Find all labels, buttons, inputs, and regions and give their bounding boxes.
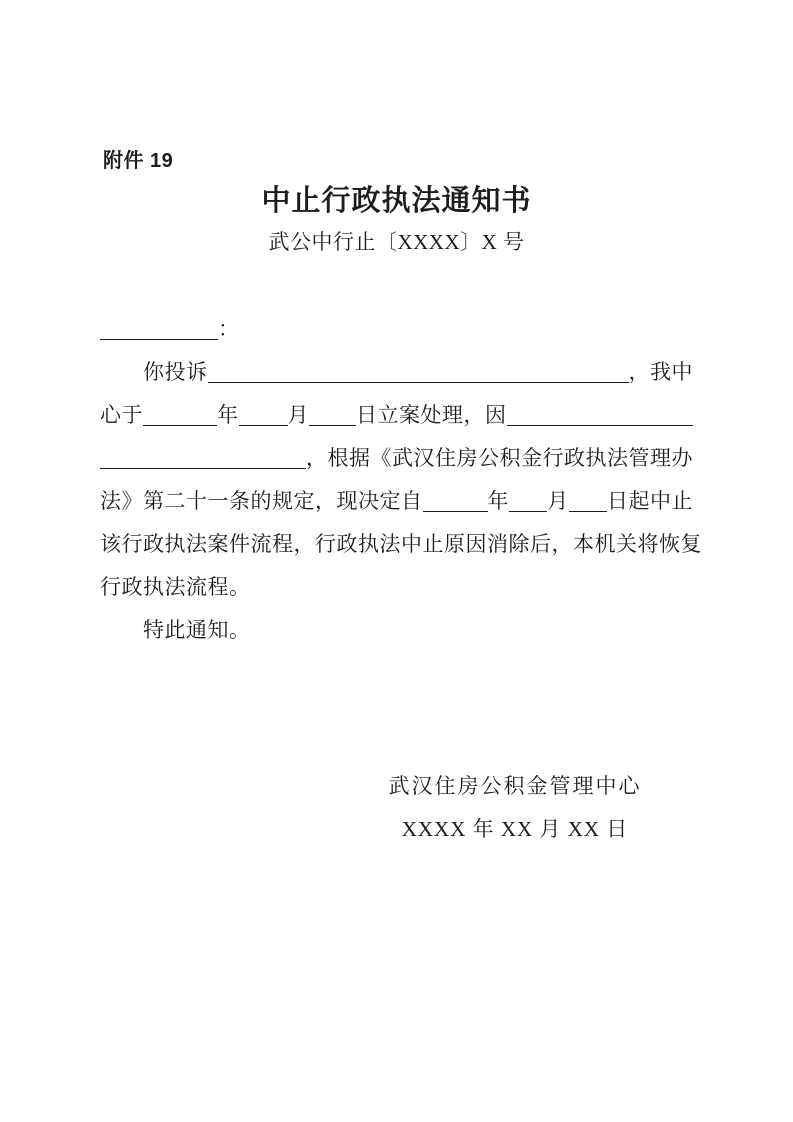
continuation-end-text: 行政执法流程。 <box>100 571 251 601</box>
complaint-post-text: ，我中 <box>629 356 694 386</box>
decision-pre-text: 法》第二十一条的规定，现决定自 <box>100 485 423 515</box>
salutation-line: ： <box>100 300 693 343</box>
closing-line: 特此通知。 <box>100 601 693 644</box>
salutation-colon: ： <box>218 313 240 343</box>
decision-post-text: 日起中止 <box>607 485 693 515</box>
continuation-end-line: 行政执法流程。 <box>100 558 693 601</box>
addressee-blank-line <box>100 339 218 340</box>
signature-block: 武汉住房公积金管理中心 XXXX 年 XX 月 XX 日 <box>337 765 693 851</box>
document-body: ： 你投诉 ，我中 心于 年 月 日立案处理，因 ，根据《武汉住房公积金行政执法… <box>100 300 693 644</box>
decision-date-line: 法》第二十一条的规定，现决定自 年 月 日起中止 <box>100 472 693 515</box>
decision-day-blank-line <box>569 511 607 512</box>
filing-year-label: 年 <box>217 399 239 429</box>
reason-post-text: ，根据《武汉住房公积金行政执法管理办 <box>306 442 693 472</box>
continuation-text: 该行政执法案件流程，行政执法中止原因消除后，本机关将恢复 <box>100 528 702 558</box>
filing-month-blank-line <box>239 425 288 426</box>
decision-month-label: 月 <box>547 485 569 515</box>
document-page: 附件 19 中止行政执法通知书 武公中行止〔XXXX〕X 号 ： 你投诉 ，我中… <box>0 0 793 1122</box>
closing-text: 特此通知。 <box>143 614 251 644</box>
complaint-pre-text: 你投诉 <box>143 356 208 386</box>
filing-day-blank-line <box>309 425 356 426</box>
reason-line: ，根据《武汉住房公积金行政执法管理办 <box>100 429 693 472</box>
decision-month-blank-line <box>509 511 547 512</box>
signature-date: XXXX 年 XX 月 XX 日 <box>337 808 693 851</box>
complaint-subject-blank-line <box>208 382 629 383</box>
filing-pre-text: 心于 <box>100 399 143 429</box>
filing-date-line: 心于 年 月 日立案处理，因 <box>100 386 693 429</box>
continuation-line: 该行政执法案件流程，行政执法中止原因消除后，本机关将恢复 <box>100 515 693 558</box>
attachment-label: 附件 19 <box>103 144 173 173</box>
signature-organization: 武汉住房公积金管理中心 <box>337 765 693 808</box>
document-title: 中止行政执法通知书 <box>100 178 693 219</box>
filing-month-label: 月 <box>288 399 310 429</box>
filing-year-blank-line <box>143 425 217 426</box>
decision-year-label: 年 <box>488 485 510 515</box>
filing-post-text: 日立案处理，因 <box>356 399 507 429</box>
reason-blank-line-end <box>100 468 306 469</box>
document-number: 武公中行止〔XXXX〕X 号 <box>100 226 693 256</box>
reason-blank-line-start <box>507 425 694 426</box>
complaint-line: 你投诉 ，我中 <box>100 343 693 386</box>
decision-year-blank-line <box>423 511 488 512</box>
